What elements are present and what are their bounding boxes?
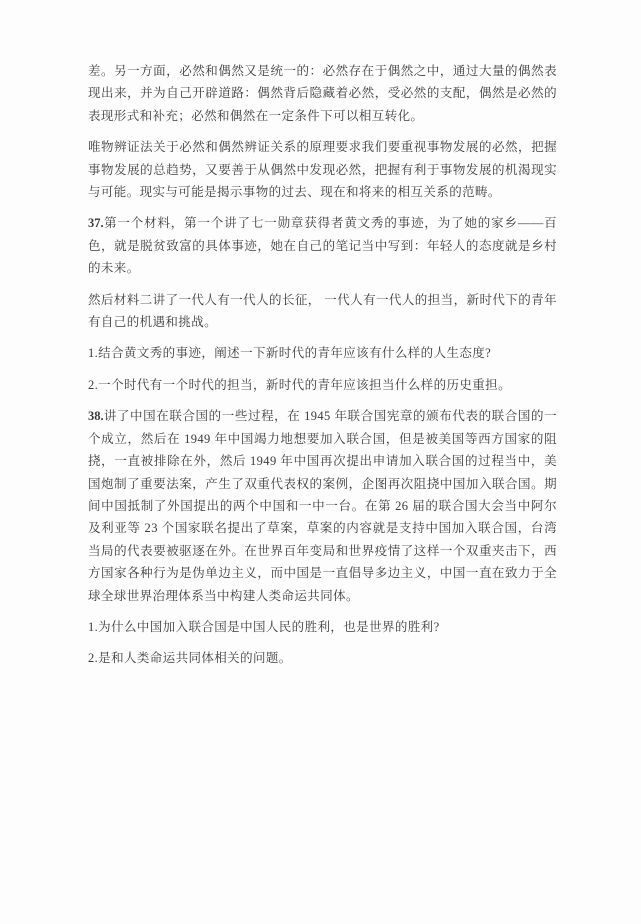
paragraph-text: 2.是和人类命运共同体相关的问题。 — [88, 651, 292, 665]
paragraph-continuation-necessity-contingency: 差。另一方面，必然和偶然又是统一的：必然存在于偶然之中，通过大量的偶然表现出来，… — [88, 60, 557, 127]
paragraph-text: 2.一个时代有一个时代的担当，新时代的青年应该担当什么样的历史重担。 — [88, 378, 511, 392]
paragraph-question-38-material: 38.讲了中国在联合国的一些过程，在 1945 年联合国宪章的颁布代表的联合国的… — [88, 405, 557, 607]
question-number-38: 38. — [88, 409, 104, 423]
paragraph-text: 第一个材料，第一个讲了七一勋章获得者黄文秀的事迹，为了她的家乡——百色，就是脱贫… — [88, 216, 557, 275]
question-37-subquestion-2: 2.一个时代有一个时代的担当，新时代的青年应该担当什么样的历史重担。 — [88, 374, 557, 396]
question-number-37: 37. — [88, 216, 104, 230]
question-38-subquestion-1: 1.为什么中国加入联合国是中国人民的胜利，也是世界的胜利? — [88, 616, 557, 638]
paragraph-text: 然后材料二讲了一代人有一代人的长征， 一代人有一代人的担当，新时代下的青年有自己… — [88, 293, 557, 329]
paragraph-question-37-material-1: 37.第一个材料，第一个讲了七一勋章获得者黄文秀的事迹，为了她的家乡——百色，就… — [88, 212, 557, 279]
paragraph-text: 1.为什么中国加入联合国是中国人民的胜利，也是世界的胜利? — [88, 620, 440, 634]
paragraph-question-37-material-2: 然后材料二讲了一代人有一代人的长征， 一代人有一代人的担当，新时代下的青年有自己… — [88, 289, 557, 334]
document-page: 差。另一方面，必然和偶然又是统一的：必然存在于偶然之中，通过大量的偶然表现出来，… — [0, 0, 641, 924]
paragraph-materialist-dialectics: 唯物辨证法关于必然和偶然辨证关系的原理要求我们要重视事物发展的必然，把握事物发展… — [88, 136, 557, 203]
paragraph-text: 差。另一方面，必然和偶然又是统一的：必然存在于偶然之中，通过大量的偶然表现出来，… — [88, 64, 557, 123]
paragraph-text: 讲了中国在联合国的一些过程，在 1945 年联合国宪章的颁布代表的联合国的一个成… — [88, 409, 557, 602]
question-37-subquestion-1: 1.结合黄文秀的事迹，阐述一下新时代的青年应该有什么样的人生态度? — [88, 342, 557, 364]
paragraph-text: 唯物辨证法关于必然和偶然辨证关系的原理要求我们要重视事物发展的必然，把握事物发展… — [88, 140, 557, 199]
paragraph-text: 1.结合黄文秀的事迹，阐述一下新时代的青年应该有什么样的人生态度? — [88, 346, 491, 360]
question-38-subquestion-2: 2.是和人类命运共同体相关的问题。 — [88, 647, 557, 669]
